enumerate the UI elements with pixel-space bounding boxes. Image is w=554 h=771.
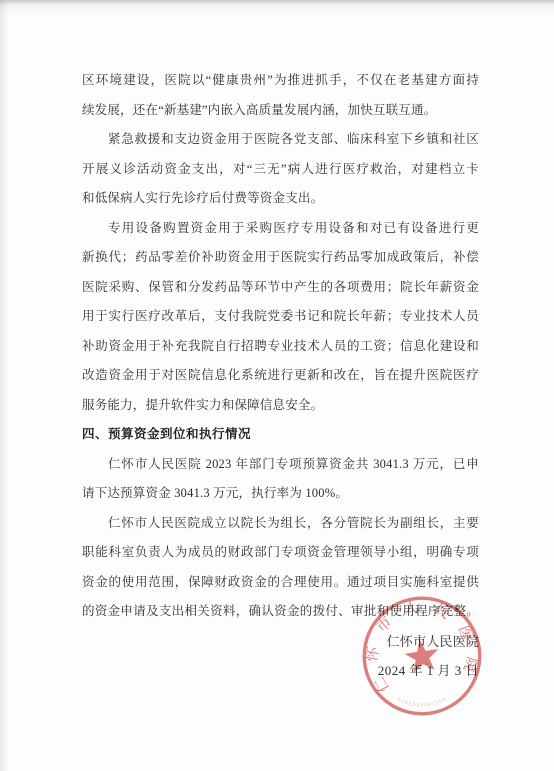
body-line: 区环境建设，医院以“健康贵州”为推进抓手，不仅在老基建方面持 (82, 66, 479, 96)
body-line: 和低保病人实行先诊疗后付费等资金支出。 (82, 184, 479, 214)
body-line: 服务能力，提升软件实力和保障信息安全。 (82, 391, 479, 421)
signature-date: 2024 年 1 月 3 日 (82, 656, 479, 686)
body-line: 改造资金用于对医院信息化系统进行更新和改在，旨在提升医院医疗 (82, 361, 479, 391)
body-line: 资金的使用范围，保障财政资金的合理使用。通过项目实施科室提供 (82, 568, 479, 598)
body-line: 用于实行医疗改革后，支付我院党委书记和院长年薪；专业技术人员 (82, 302, 479, 332)
body-line: 新换代；药品零差价补助资金用于医院实行药品零加成政策后，补偿 (82, 243, 479, 273)
body-line: 补助资金用于补充我院自行招聘专业技术人员的工资；信息化建设和 (82, 332, 479, 362)
body-line: 仁怀市人民医院成立以院长为组长，各分管院长为副组长，主要 (82, 509, 479, 539)
body-line: 医院采购、保管和分发药品等环节中产生的各项费用；院长年薪资金 (82, 273, 479, 303)
body-line: 仁怀市人民医院 2023 年部门专项预算资金共 3041.3 万元，已申 (82, 450, 479, 480)
body-line: 请下达预算资金 3041.3 万元，执行率为 100%。 (82, 479, 479, 509)
document-body-lines: 区环境建设，医院以“健康贵州”为推进抓手，不仅在老基建方面持续发展，还在“新基建… (82, 66, 479, 627)
body-line: 的资金申请及支出相关资料，确认资金的拨付、审批和使用程序完整。 (82, 597, 479, 627)
body-line: 开展义诊活动资金支出，对“三无”病人进行医疗救治，对建档立卡 (82, 155, 479, 185)
signature-org: 仁怀市人民医院 (82, 627, 479, 657)
body-line: 专用设备购置资金用于采购医疗专用设备和对已有设备进行更 (82, 214, 479, 244)
document-body: 区环境建设，医院以“健康贵州”为推进抓手，不仅在老基建方面持续发展，还在“新基建… (82, 66, 479, 686)
body-line: 紧急救援和支边资金用于医院各党支部、临床科室下乡镇和社区 (82, 125, 479, 155)
seal-code-text: 5203522107205 (396, 690, 449, 713)
body-line: 续发展，还在“新基建”内嵌入高质量发展内涵，加快互联互通。 (82, 96, 479, 126)
section-heading: 四、预算资金到位和执行情况 (82, 420, 479, 450)
body-line: 职能科室负责人为成员的财政部门专项资金管理领导小组，明确专项 (82, 538, 479, 568)
document-page: 区环境建设，医院以“健康贵州”为推进抓手，不仅在老基建方面持续发展，还在“新基建… (0, 0, 554, 771)
